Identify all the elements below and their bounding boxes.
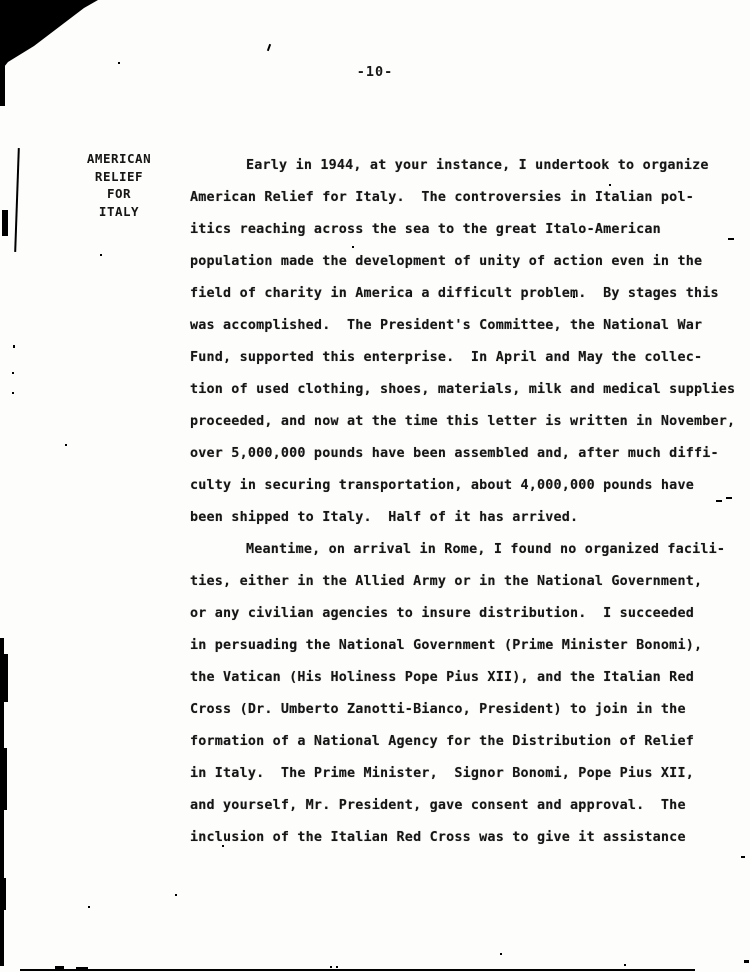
text-line: Early in 1944, at your instance, I under… (190, 150, 730, 182)
document-page: -10- AMERICAN RELIEF FOR ITALY Early in … (0, 0, 750, 972)
text-line: the Vatican (His Holiness Pope Pius XII)… (190, 662, 730, 694)
scan-edge-strip (0, 878, 6, 910)
text-line: over 5,000,000 pounds have been assemble… (190, 438, 730, 470)
text-line: Cross (Dr. Umberto Zanotti-Bianco, Presi… (190, 694, 730, 726)
scan-speck (573, 296, 575, 298)
scan-edge-mark (14, 148, 20, 252)
text-line: inclusion of the Italian Red Cross was t… (190, 822, 730, 854)
paragraph: Meantime, on arrival in Rome, I found no… (190, 534, 730, 854)
text-line: Fund, supported this enterprise. In Apri… (190, 342, 730, 374)
text-line: tion of used clothing, shoes, materials,… (190, 374, 730, 406)
text-line: in persuading the National Government (P… (190, 630, 730, 662)
text-line: American Relief for Italy. The controver… (190, 182, 730, 214)
scan-speck (12, 392, 14, 394)
scan-speck (728, 238, 734, 240)
scan-speck (336, 966, 338, 968)
text-line: formation of a National Agency for the D… (190, 726, 730, 758)
scan-speck (624, 964, 626, 966)
scan-speck (726, 497, 732, 499)
scan-speck (741, 856, 745, 858)
scan-speck (744, 960, 749, 963)
text-line: or any civilian agencies to insure distr… (190, 598, 730, 630)
scan-speck (100, 254, 102, 256)
scan-speck (13, 345, 15, 348)
scan-bottom-mark (76, 967, 88, 969)
margin-heading-line: AMERICAN (82, 150, 156, 168)
text-line: been shipped to Italy. Half of it has ar… (190, 502, 730, 534)
page-number: -10- (0, 64, 750, 80)
scan-speck (222, 845, 224, 847)
margin-heading-line: ITALY (82, 203, 156, 221)
margin-heading: AMERICAN RELIEF FOR ITALY (82, 150, 156, 220)
scan-speck (500, 953, 502, 955)
scan-speck (118, 62, 120, 64)
scan-speck (352, 246, 354, 248)
scan-bottom-line (20, 969, 695, 971)
text-line: in Italy. The Prime Minister, Signor Bon… (190, 758, 730, 790)
text-line: population made the development of unity… (190, 246, 730, 278)
scan-speck (12, 372, 14, 374)
scan-corner-fold (0, 0, 98, 72)
scan-speck (65, 444, 67, 446)
margin-heading-line: FOR (82, 185, 156, 203)
scan-speck (88, 906, 90, 908)
scan-edge-strip (0, 654, 8, 702)
letter-body: Early in 1944, at your instance, I under… (190, 150, 730, 854)
text-line: Meantime, on arrival in Rome, I found no… (190, 534, 730, 566)
scan-speck (330, 966, 332, 968)
scan-speck (175, 894, 177, 896)
text-line: ties, either in the Allied Army or in th… (190, 566, 730, 598)
margin-heading-line: RELIEF (82, 168, 156, 186)
scan-speck (716, 500, 722, 502)
text-line: and yourself, Mr. President, gave consen… (190, 790, 730, 822)
text-line: proceeded, and now at the time this lett… (190, 406, 730, 438)
scan-speck (267, 44, 271, 51)
scan-speck (609, 184, 611, 186)
scan-edge-mark (0, 60, 5, 106)
text-line: itics reaching across the sea to the gre… (190, 214, 730, 246)
text-line: field of charity in America a difficult … (190, 278, 730, 310)
scan-edge-strip (0, 748, 7, 810)
text-line: culty in securing transportation, about … (190, 470, 730, 502)
text-line: was accomplished. The President's Commit… (190, 310, 730, 342)
paragraph: Early in 1944, at your instance, I under… (190, 150, 730, 534)
scan-bottom-mark (55, 966, 64, 970)
scan-edge-mark (2, 210, 8, 236)
